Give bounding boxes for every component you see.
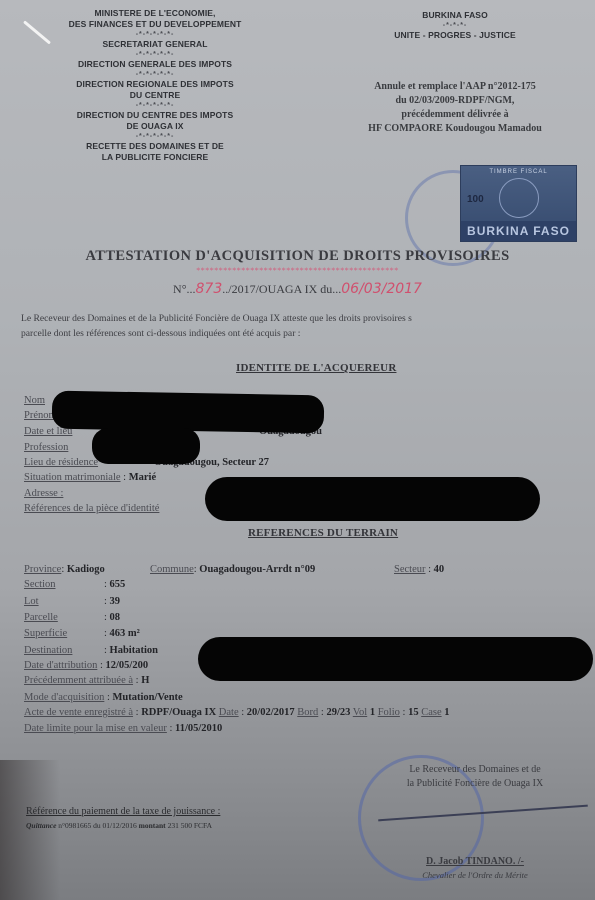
ministry-header: MINISTERE DE L'ECONOMIE, DES FINANCES ET… [20, 8, 290, 163]
country-header: BURKINA FASO -*-*-*- UNITE - PROGRES - J… [330, 10, 580, 41]
field-value: 1 [444, 707, 449, 718]
number-prefix: N°... [173, 282, 195, 296]
header-line: DE OUAGA IX [20, 121, 290, 132]
field-situation: Situation matrimoniale : Marié [24, 472, 156, 483]
field-label: Commune [150, 564, 194, 575]
annulment-note: Annule et remplace l'AAP n°2012-175 du 0… [320, 80, 590, 136]
field-label: Date d'attribution [24, 660, 97, 671]
header-line: LA PUBLICITE FONCIERE [20, 152, 290, 163]
stamp-value: 100 [467, 194, 484, 205]
amount-value: 231 500 FCFA [168, 821, 212, 830]
field-parcelle: Parcelle: 08 [24, 612, 58, 623]
field-value-wrap: : 655 [104, 579, 125, 590]
header-line: RECETTE DES DOMAINES ET DE [20, 141, 290, 152]
handwritten-date: 06/03/2017 [341, 281, 422, 297]
field-label: Nom [24, 395, 45, 406]
payment-heading: Référence du paiement de la taxe de joui… [26, 806, 220, 817]
field-value: Mutation/Vente [113, 692, 183, 703]
field-value: 39 [110, 596, 121, 607]
field-value: Habitation [110, 645, 158, 656]
motto: UNITE - PROGRES - JUSTICE [330, 30, 580, 41]
shadow [0, 760, 60, 900]
field-label: Destination [24, 645, 72, 656]
field-label: Province [24, 564, 61, 575]
country-name: BURKINA FASO [330, 10, 580, 21]
field-label: Situation matrimoniale [24, 472, 121, 483]
field-value-wrap: : 39 [104, 596, 120, 607]
field-mode-acquisition: Mode d'acquisition : Mutation/Vente [24, 692, 183, 703]
intro-paragraph: Le Receveur des Domaines et de la Public… [21, 311, 595, 341]
field-superficie: Superficie: 463 m² [24, 628, 67, 639]
payment-receipt: Quittance n°0981665 du 01/12/2016 montan… [26, 821, 212, 830]
emblem-icon [499, 178, 539, 218]
field-value: Kadiogo [67, 564, 105, 575]
field-value: 1 [370, 707, 375, 718]
field-value: 40 [434, 564, 445, 575]
annulment-line: précédemment délivrée à [320, 108, 590, 122]
header-line: MINISTERE DE L'ECONOMIE, [20, 8, 290, 19]
field-value-wrap: : 08 [104, 612, 120, 623]
separator: -*-*-*-*-*- [20, 132, 290, 141]
field-label: Vol [353, 707, 367, 718]
field-value: Marié [129, 472, 156, 483]
number-suffix: ../2017/OUAGA IX du... [222, 282, 341, 296]
handwritten-number: 873 [196, 281, 223, 297]
field-label: Date [219, 707, 239, 718]
redaction [198, 637, 593, 681]
field-piece-identite: Références de la pièce d'identité [24, 503, 159, 514]
field-residence: Lieu de résidenceOuagadougou, Secteur 27 [24, 457, 98, 468]
signatory-title: la Publicité Foncière de Ouaga IX [370, 778, 580, 789]
field-label: Secteur [394, 564, 426, 575]
commune: Commune: Ouagadougou-Arrdt n°09 [150, 564, 315, 575]
header-line: DIRECTION GENERALE DES IMPOTS [20, 59, 290, 70]
field-acte-vente: Acte de vente enregistré à : RDPF/Ouaga … [24, 707, 449, 718]
separator: -*-*-*-*-*- [20, 70, 290, 79]
field-label: Date limite pour la mise en valeur [24, 723, 167, 734]
field-value: Ouagadougou-Arrdt n°09 [199, 564, 315, 575]
field-value: 20/02/2017 [247, 707, 295, 718]
field-label: Parcelle [24, 612, 58, 623]
redaction [205, 477, 540, 521]
separator: -*-*-*-*-*- [20, 101, 290, 110]
document-title: ATTESTATION D'ACQUISITION DE DROITS PROV… [0, 248, 595, 265]
signatory-name: D. Jacob TINDANO. /- [370, 856, 580, 867]
field-label: Adresse : [24, 488, 63, 499]
redaction [52, 391, 325, 434]
annulment-line: du 02/03/2009-RDPF/NGM, [320, 94, 590, 108]
amount-label: montant [139, 821, 166, 830]
field-value-wrap: : 463 m² [104, 628, 140, 639]
field-section: Section: 655 [24, 579, 56, 590]
receipt-label: Quittance [26, 821, 56, 830]
field-lot: Lot: 39 [24, 596, 39, 607]
field-precedemment: Précédemment attribuée à : H [24, 675, 149, 686]
field-value: H [141, 675, 149, 686]
field-value: 08 [110, 612, 121, 623]
stamp-top-text: TIMBRE FISCAL [461, 169, 576, 175]
identity-heading: IDENTITE DE L'ACQUEREUR [236, 362, 396, 374]
field-value: 12/05/200 [106, 660, 149, 671]
annulment-line: Annule et remplace l'AAP n°2012-175 [320, 80, 590, 94]
field-profession: Profession [24, 442, 68, 453]
field-province: Province: Kadiogo Commune: Ouagadougou-A… [24, 564, 105, 575]
separator: -*-*-*-*-*- [20, 30, 290, 39]
header-line: DU CENTRE [20, 90, 290, 101]
intro-line: Le Receveur des Domaines et de la Public… [21, 311, 595, 326]
signatory-distinction: Chevalier de l'Ordre du Mérite [370, 870, 580, 880]
field-label: Folio [378, 707, 400, 718]
field-label: Superficie [24, 628, 67, 639]
field-label: Profession [24, 442, 68, 453]
terrain-heading: REFERENCES DU TERRAIN [248, 527, 398, 539]
header-line: DIRECTION DU CENTRE DES IMPOTS [20, 110, 290, 121]
intro-line: parcelle dont les références sont ci-des… [21, 326, 595, 341]
field-destination: Destination: Habitation [24, 645, 72, 656]
field-adresse: Adresse : [24, 488, 63, 499]
receipt-value: n°0981665 du 01/12/2016 [58, 821, 136, 830]
field-label: Lot [24, 596, 39, 607]
annulment-line: HF COMPAORE Koudougou Mamadou [320, 122, 590, 136]
field-value-wrap: : Habitation [104, 645, 158, 656]
header-line: SECRETARIAT GENERAL [20, 39, 290, 50]
field-value: RDPF/Ouaga IX [141, 707, 216, 718]
header-line: DIRECTION REGIONALE DES IMPOTS [20, 79, 290, 90]
field-label: Case [421, 707, 441, 718]
field-label: Section [24, 579, 56, 590]
field-value: 15 [408, 707, 419, 718]
field-value: 11/05/2010 [175, 723, 222, 734]
field-value: 655 [110, 579, 126, 590]
field-date-attribution: Date d'attribution : 12/05/200 [24, 660, 148, 671]
field-label: Précédemment attribuée à [24, 675, 133, 686]
field-value: 463 m² [110, 628, 140, 639]
field-nom: Nom [24, 395, 45, 406]
document-number: N°...873../2017/OUAGA IX du...06/03/2017 [0, 281, 595, 297]
redaction [92, 428, 200, 464]
field-date-limite: Date limite pour la mise en valeur : 11/… [24, 723, 222, 734]
field-label: Références de la pièce d'identité [24, 503, 159, 514]
field-value: 29/23 [326, 707, 350, 718]
fiscal-stamp: TIMBRE FISCAL 100 BURKINA FASO [460, 165, 577, 242]
separator: -*-*-*-*-*- [20, 50, 290, 59]
field-label: Lieu de résidence [24, 457, 98, 468]
stamp-band: BURKINA FASO [461, 221, 576, 241]
secteur: Secteur : 40 [394, 564, 444, 575]
field-label: Acte de vente enregistré à [24, 707, 133, 718]
field-label: Bord [297, 707, 318, 718]
field-label: Mode d'acquisition [24, 692, 104, 703]
header-line: DES FINANCES ET DU DEVELOPPEMENT [20, 19, 290, 30]
title-separator: ****************************************… [0, 266, 595, 275]
separator: -*-*-*- [330, 21, 580, 30]
signatory-title: Le Receveur des Domaines et de [370, 764, 580, 775]
